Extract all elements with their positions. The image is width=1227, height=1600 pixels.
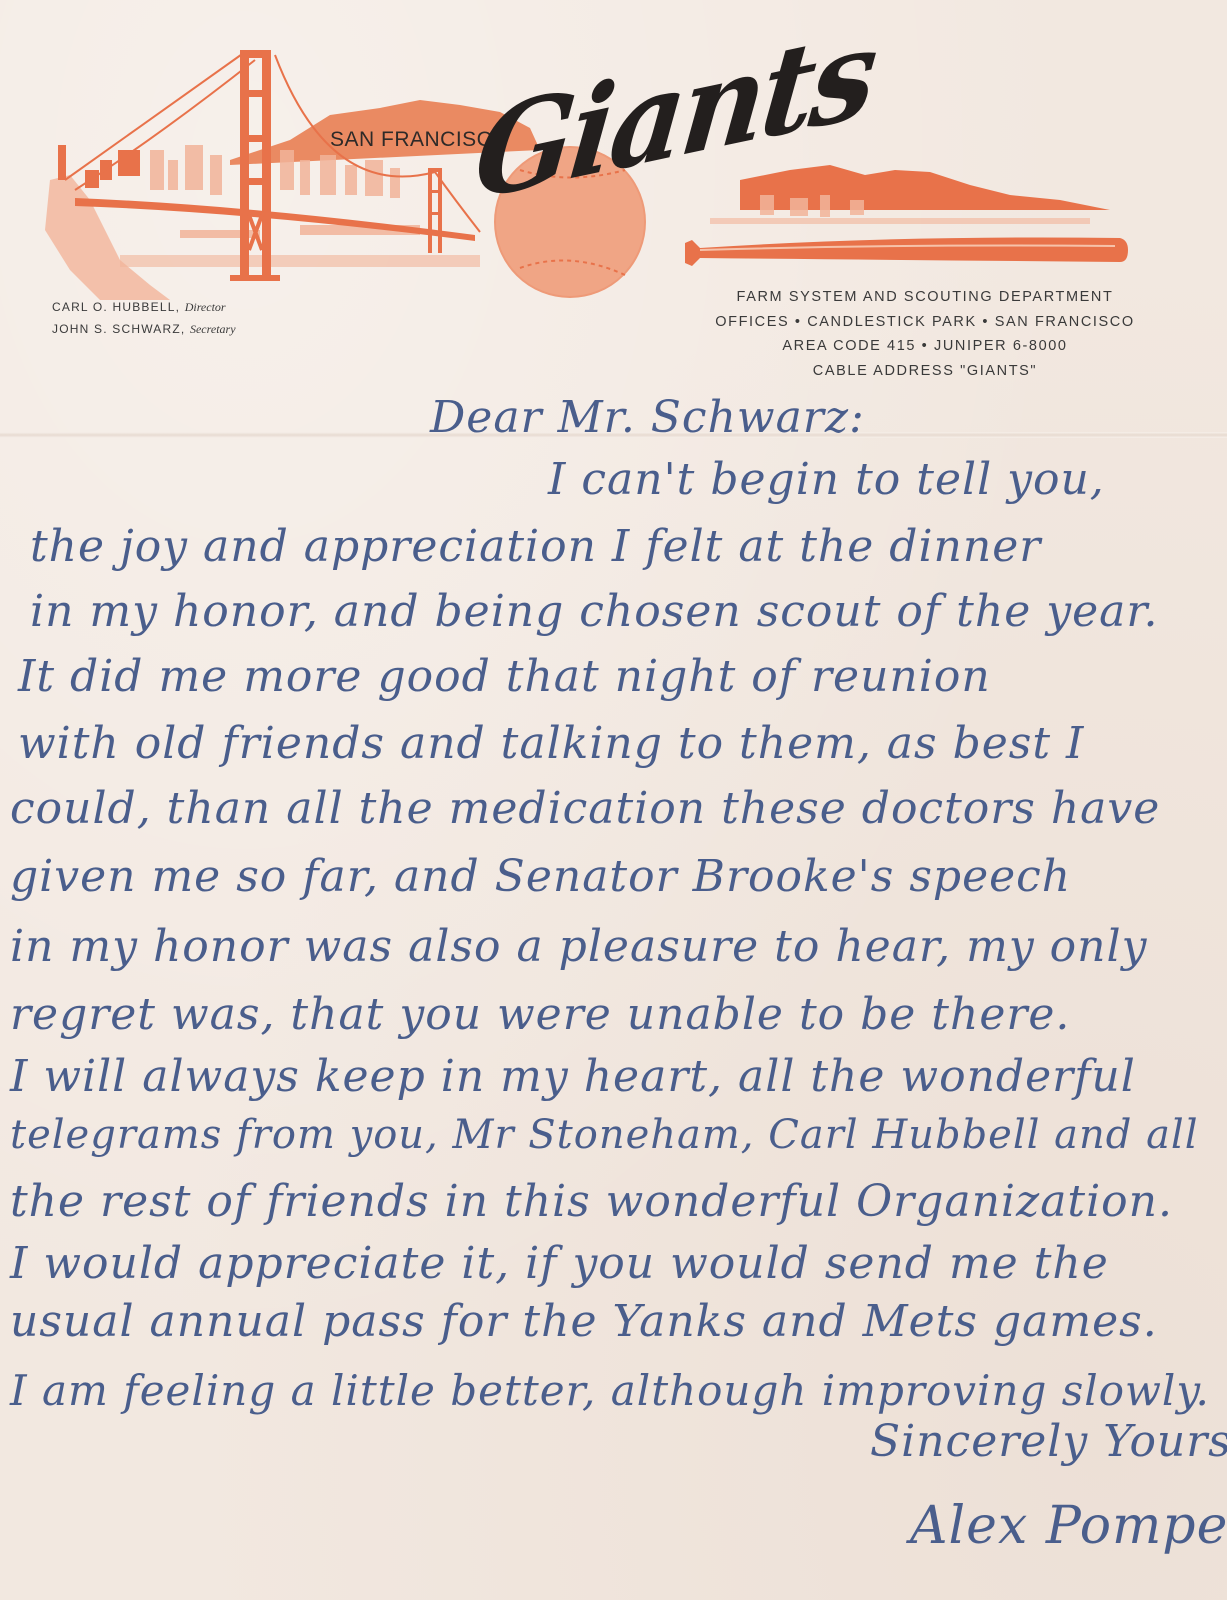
staff-list: CARL O. HUBBELL, Director JOHN S. SCHWAR…	[52, 296, 236, 340]
letter-line: with old friends and talking to them, as…	[18, 722, 1227, 766]
letter-line: the rest of friends in this wonderful Or…	[10, 1180, 1227, 1224]
closing: Sincerely Yours	[870, 1420, 1227, 1464]
phone-number: AREA CODE 415 • JUNIPER 6-8000	[680, 334, 1170, 359]
letter-line: given me so far, and Senator Brooke's sp…	[10, 855, 1227, 899]
letter-line: could, than all the medication these doc…	[10, 787, 1227, 831]
department-name: FARM SYSTEM AND SCOUTING DEPARTMENT	[680, 285, 1170, 310]
letter-line: It did me more good that night of reunio…	[18, 655, 1227, 699]
letter-line: telegrams from you, Mr Stoneham, Carl Hu…	[10, 1115, 1227, 1155]
letter-line: regret was, that you were unable to be t…	[10, 993, 1227, 1037]
staff-entry-secretary: JOHN S. SCHWARZ, Secretary	[52, 318, 236, 340]
letter-line: usual annual pass for the Yanks and Mets…	[10, 1300, 1227, 1344]
letter-line: in my honor, and being chosen scout of t…	[30, 590, 1227, 634]
office-address: OFFICES • CANDLESTICK PARK • SAN FRANCIS…	[680, 310, 1170, 335]
letter-line: I will always keep in my heart, all the …	[10, 1055, 1227, 1099]
cable-address: CABLE ADDRESS "GIANTS"	[680, 359, 1170, 384]
letter-line: the joy and appreciation I felt at the d…	[30, 525, 1227, 569]
letter-line: I can't begin to tell you,	[548, 458, 1227, 502]
staff-entry-director: CARL O. HUBBELL, Director	[52, 296, 236, 318]
signature: Alex Pompez.	[910, 1500, 1227, 1552]
letter-line: I would appreciate it, if you would send…	[10, 1242, 1227, 1286]
letter-line: I am feeling a little better, although i…	[10, 1370, 1227, 1412]
letter-line: in my honor was also a pleasure to hear,…	[10, 925, 1227, 969]
salutation: Dear Mr. Schwarz:	[430, 396, 1227, 440]
department-address-block: FARM SYSTEM AND SCOUTING DEPARTMENT OFFI…	[680, 285, 1170, 383]
